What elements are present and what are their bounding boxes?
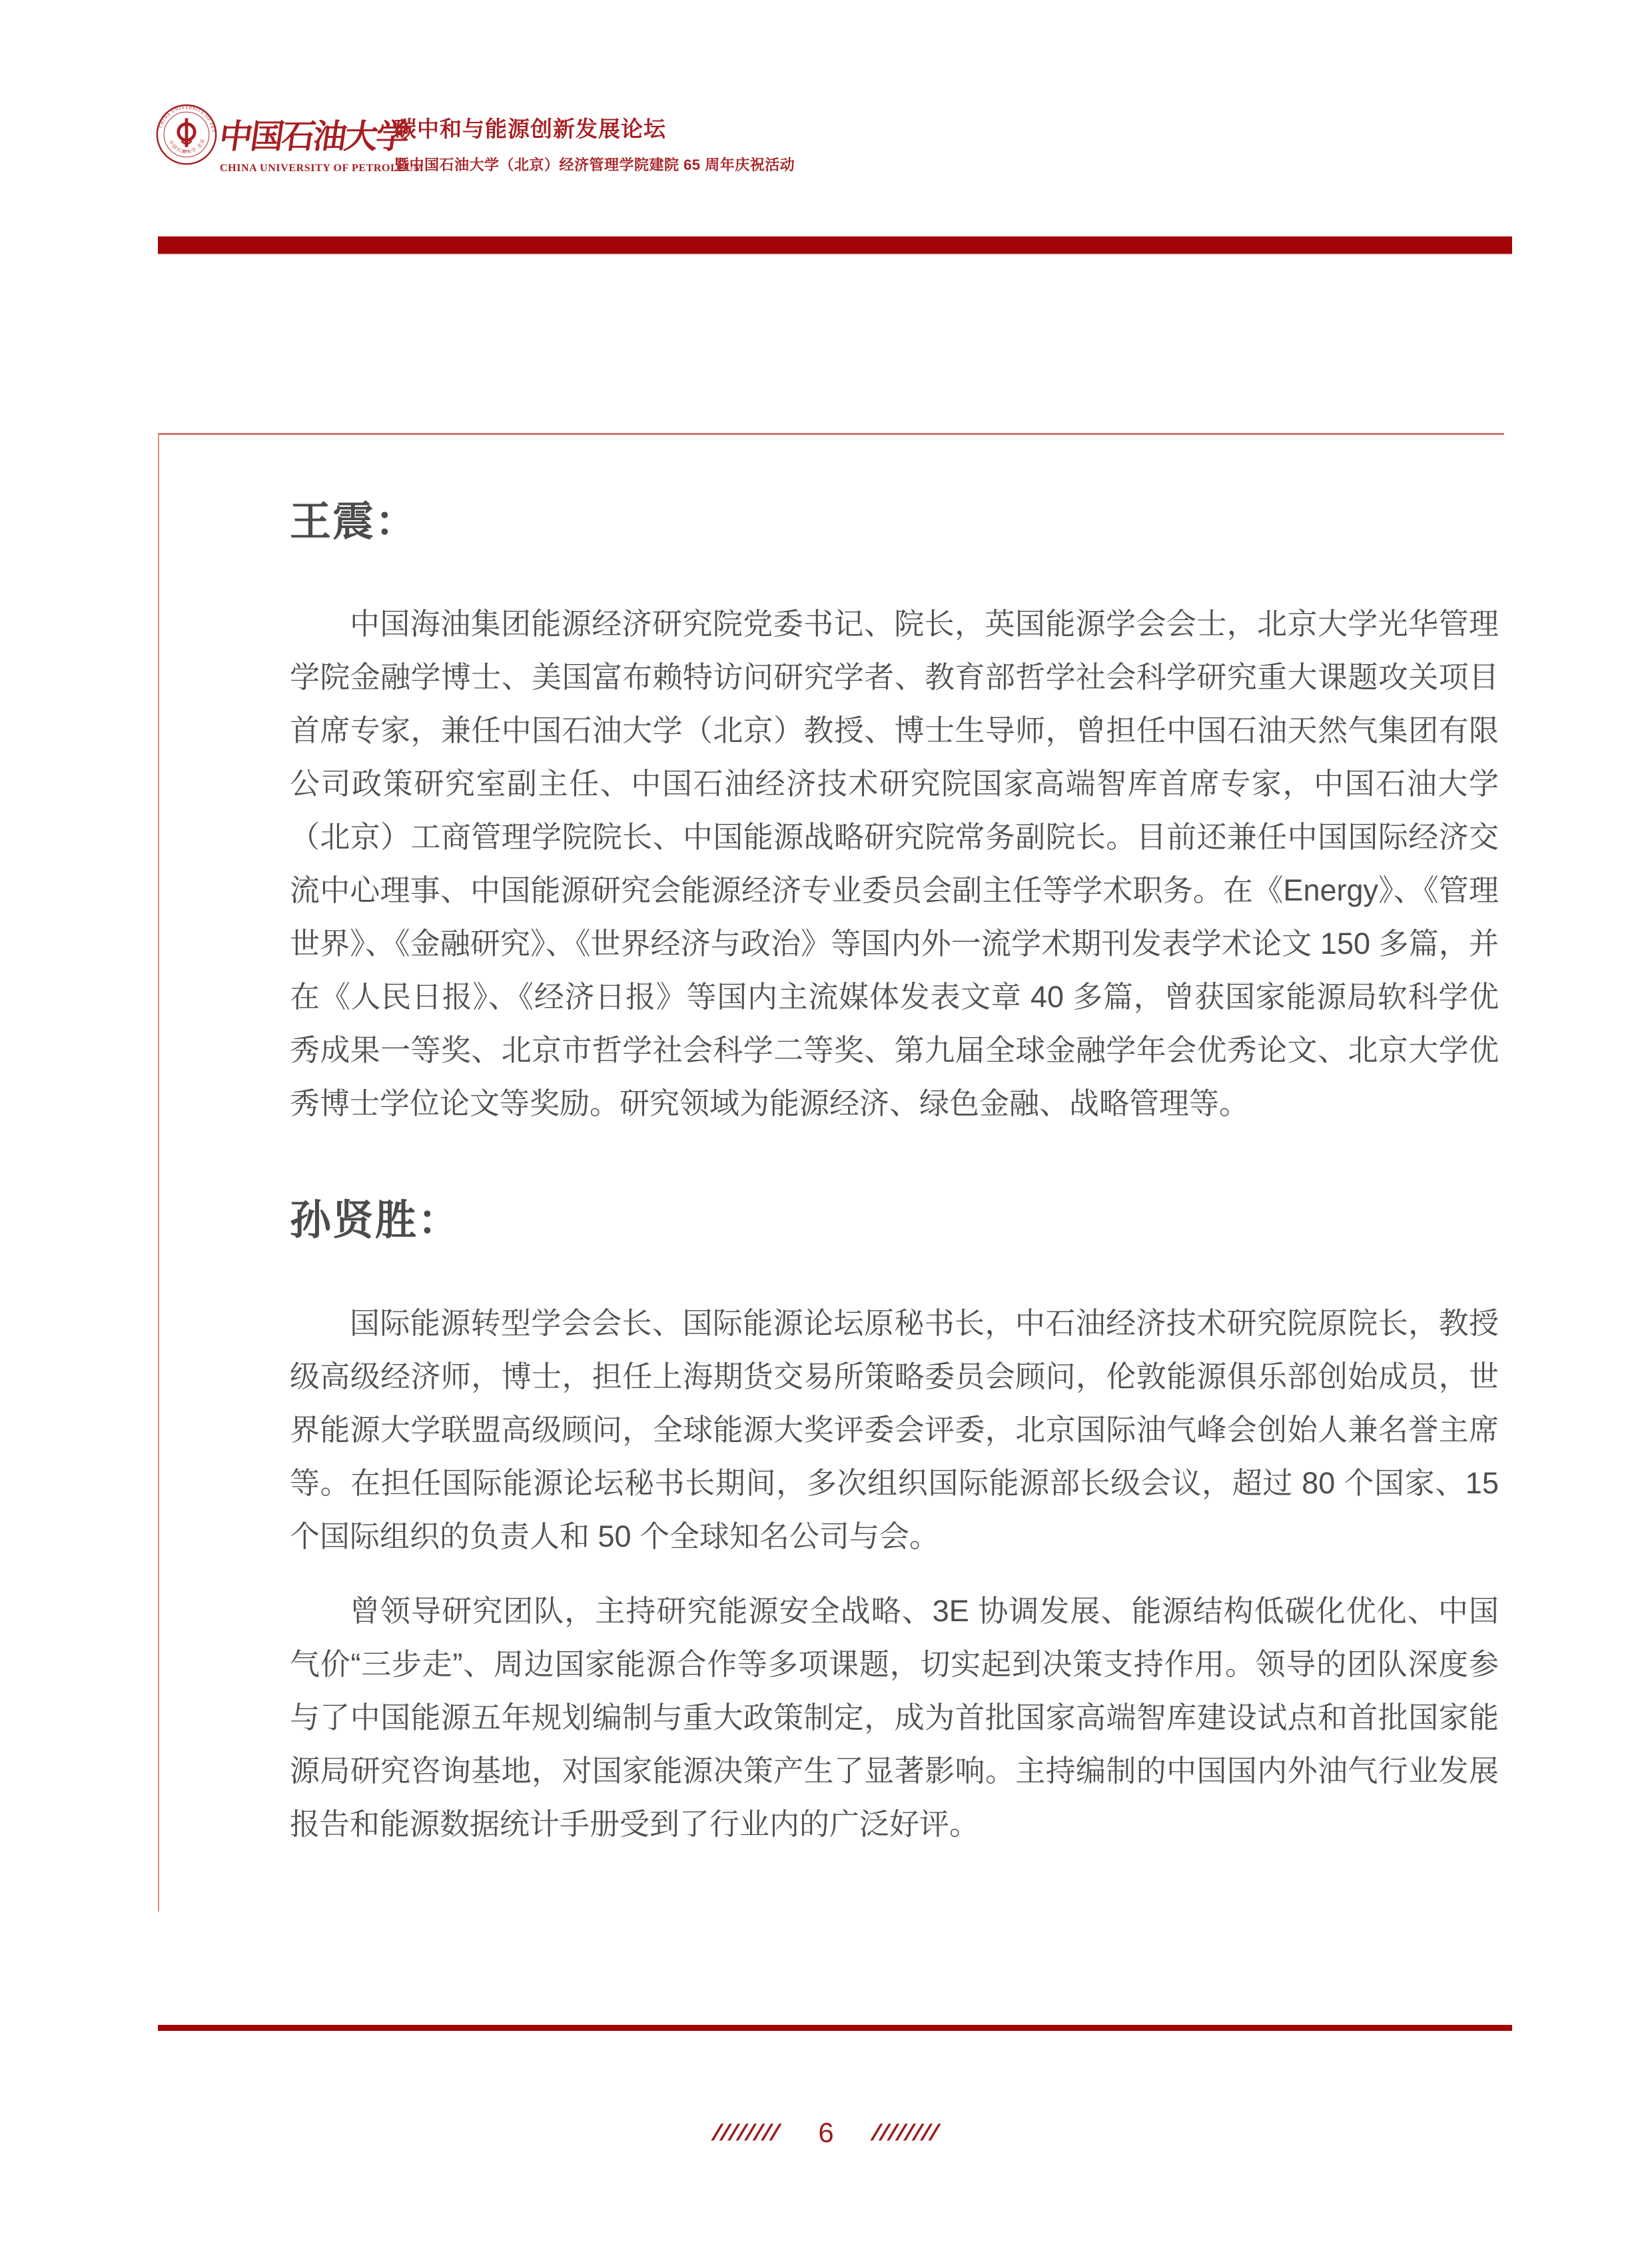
forum-title: 碳中和与能源创新发展论坛: [394, 112, 795, 143]
bio-content-box: 王震： 中国海油集团能源经济研究院党委书记、院长，英国能源学会会士，北京大学光华…: [158, 433, 1504, 1912]
footer-slashes-left-icon: ////////: [711, 2120, 783, 2146]
speaker-name-heading: 王震：: [290, 498, 1504, 546]
footer-slashes-right-icon: ////////: [870, 2120, 942, 2146]
speaker-bio-paragraph: 中国海油集团能源经济研究院党委书记、院长，英国能源学会会士，北京大学光华管理学院…: [290, 597, 1499, 1130]
university-name-cn: 中国石油大学: [216, 110, 396, 158]
university-name-en: CHINA UNIVERSITY OF PETROLEUM: [220, 163, 393, 175]
speaker-bio-paragraph: 曾领导研究团队，主持研究能源安全战略、3E 协调发展、能源结构低碳化优化、中国气…: [290, 1585, 1499, 1851]
forum-subtitle: 暨中国石油大学（北京）经济管理学院建院 65 周年庆祝活动: [394, 154, 795, 175]
university-seal-icon: CHINA UNIVERSITY OF PETROLEUM 中国石油大学·北京 …: [155, 103, 218, 166]
footer-pagination: //////// 6 ////////: [0, 2117, 1652, 2149]
page-number: 6: [818, 2117, 833, 2149]
page-header: CHINA UNIVERSITY OF PETROLEUM 中国石油大学·北京 …: [0, 0, 1652, 200]
forum-title-block: 碳中和与能源创新发展论坛 暨中国石油大学（北京）经济管理学院建院 65 周年庆祝…: [394, 112, 795, 175]
speaker-bio-paragraph: 国际能源转型学会会长、国际能源论坛原秘书长，中石油经济技术研究院原院长，教授级高…: [290, 1297, 1499, 1563]
seal-monogram: [179, 119, 195, 147]
footer-divider-bar: [158, 2025, 1512, 2031]
seal-year: 1953: [183, 149, 190, 153]
document-page: CHINA UNIVERSITY OF PETROLEUM 中国石油大学·北京 …: [0, 0, 1652, 2242]
university-wordmark: 中国石油大学 CHINA UNIVERSITY OF PETROLEUM: [220, 110, 393, 175]
header-divider-bar: [158, 236, 1512, 255]
speaker-name-heading: 孙贤胜：: [290, 1197, 1504, 1244]
